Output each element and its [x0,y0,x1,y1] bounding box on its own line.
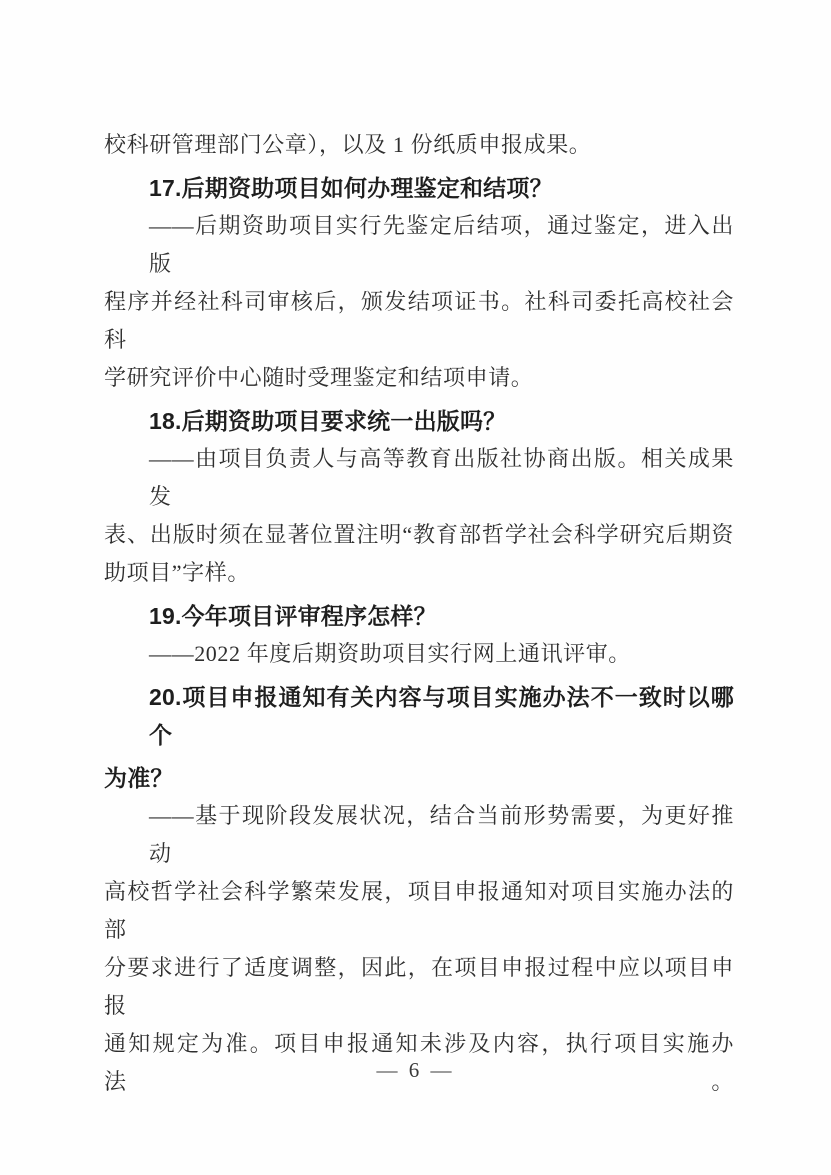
body-text-line: 助项目”字样。 [104,554,734,592]
page-number: — 6 — [0,1058,831,1083]
document-content: 校科研管理部门公章），以及 1 份纸质申报成果。17.后期资助项目如何办理鉴定和… [104,126,734,1101]
body-text-line: 学研究评价中心随时受理鉴定和结项申请。 [104,359,734,397]
question-heading-line: 20.项目申报通知有关内容与项目实施办法不一致时以哪个 [104,678,734,754]
body-text-line: 程序并经社科司审核后，颁发结项证书。社科司委托高校社会科 [104,283,734,359]
question-heading-line: 17.后期资助项目如何办理鉴定和结项？ [104,169,734,207]
document-page: 校科研管理部门公章），以及 1 份纸质申报成果。17.后期资助项目如何办理鉴定和… [0,0,831,1175]
body-text-line: 高校哲学社会科学繁荣发展，项目申报通知对项目实施办法的部 [104,873,734,949]
body-text-line: ——基于现阶段发展状况，结合当前形势需要，为更好推动 [104,797,734,873]
body-text-line: 校科研管理部门公章），以及 1 份纸质申报成果。 [104,126,734,164]
question-heading-line: 18.后期资助项目要求统一出版吗？ [104,402,734,440]
question-heading-line: 为准？ [104,759,734,797]
body-text-line: ——2022 年度后期资助项目实行网上通讯评审。 [104,635,734,673]
body-text-line: 表、出版时须在显著位置注明“教育部哲学社会科学研究后期资 [104,516,734,554]
body-text-line: ——后期资助项目实行先鉴定后结项，通过鉴定，进入出版 [104,207,734,283]
body-text-line: ——由项目负责人与高等教育出版社协商出版。相关成果发 [104,440,734,516]
question-heading-line: 19.今年项目评审程序怎样？ [104,597,734,635]
body-text-line: 分要求进行了适度调整，因此，在项目申报过程中应以项目申报 [104,949,734,1025]
